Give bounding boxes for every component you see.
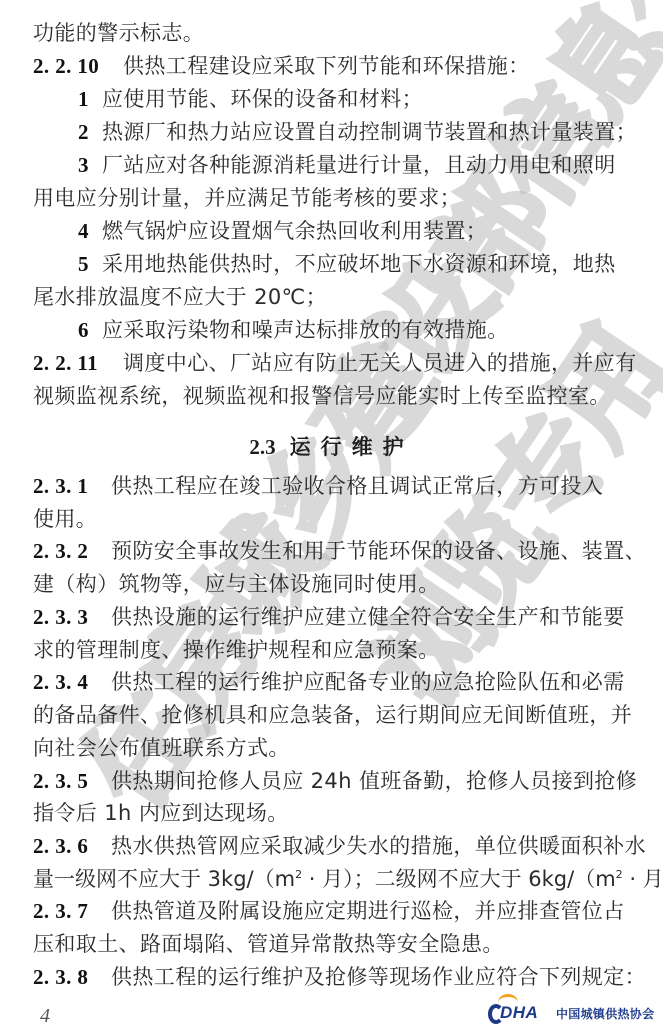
item-number: 6 — [78, 314, 102, 347]
clause-number: 2. 3. 2 — [33, 535, 111, 568]
item-number: 3 — [78, 149, 102, 182]
clause-2-3-7: 2. 3. 7供热管道及附属设施应定期进行巡检，并应排查管位占 — [33, 895, 653, 928]
item-text: 应采取污染物和噪声达标排放的有效措施。 — [102, 318, 509, 342]
section-heading: 2.3运行维护 — [0, 430, 663, 464]
clause-number: 2. 3. 5 — [33, 765, 111, 798]
text-line: 指令后 1h 内应到达现场。 — [33, 797, 653, 830]
logo-icon: DHA — [488, 1000, 550, 1026]
clause-2-3-3: 2. 3. 3供热设施的运行维护应建立健全符合安全生产和节能要 — [33, 601, 653, 634]
list-item-1: 1应使用节能、环保的设备和材料； — [78, 83, 663, 116]
item-number: 5 — [78, 248, 102, 281]
logo-mark-text: DHA — [500, 1003, 538, 1023]
list-item-5: 5采用地热能供热时，不应破坏地下水资源和环境，地热 — [78, 248, 663, 281]
clause-2-3-6: 2. 3. 6热水供热管网应采取减少失水的措施，单位供暖面积补水 — [33, 830, 653, 863]
clause-number: 2. 2. 11 — [33, 347, 123, 380]
clause-text: 供热管道及附属设施应定期进行巡检，并应排查管位占 — [111, 899, 625, 923]
clause-text: 供热工程应在竣工验收合格且调试正常后，方可投入 — [111, 474, 603, 498]
clause-2-3-1: 2. 3. 1供热工程应在竣工验收合格且调试正常后，方可投入 — [33, 470, 653, 503]
clause-number: 2. 3. 6 — [33, 830, 111, 863]
section-title: 运行维护 — [290, 435, 414, 459]
item-text: 燃气锅炉应设置烟气余热回收利用装置； — [102, 219, 487, 243]
clause-number: 2. 3. 4 — [33, 666, 111, 699]
text-line: 视频监视系统，视频监视和报警信号应能实时上传至监控室。 — [33, 380, 653, 413]
list-item-4: 4燃气锅炉应设置烟气余热回收利用装置； — [78, 215, 663, 248]
text-line-units: 量一级网不应大于 3kg/（m2 · 月）；二级网不应大于 6kg/（m2 · … — [33, 863, 653, 896]
clause-number: 2. 2. 10 — [33, 50, 123, 83]
item-text: 采用地热能供热时，不应破坏地下水资源和环境，地热 — [102, 252, 616, 276]
text-line: 尾水排放温度不应大于 20℃； — [33, 281, 653, 314]
clause-text: 供热设施的运行维护应建立健全符合安全生产和节能要 — [111, 605, 625, 629]
list-item-3: 3厂站应对各种能源消耗量进行计量，且动力用电和照明 — [78, 149, 663, 182]
list-item-2: 2热源厂和热力站应设置自动控制调节装置和热计量装置； — [78, 116, 663, 149]
text-line: 压和取土、路面塌陷、管道异常散热等安全隐患。 — [33, 928, 653, 961]
clause-text: 供热工程建设应采取下列节能和环保措施： — [123, 54, 530, 78]
chdha-logo: DHA 中国城镇供热协会 — [488, 1000, 654, 1026]
clause-2-2-10: 2. 2. 10供热工程建设应采取下列节能和环保措施： — [33, 50, 653, 83]
clause-text: 预防安全事故发生和用于节能环保的设备、设施、装置、 — [111, 539, 646, 563]
clause-text: 热水供热管网应采取减少失水的措施，单位供暖面积补水 — [111, 834, 646, 858]
clause-text: 供热期间抢修人员应 24h 值班备勤，抢修人员接到抢修 — [111, 769, 637, 793]
item-text: 热源厂和热力站应设置自动控制调节装置和热计量装置； — [102, 120, 637, 144]
list-item-6: 6应采取污染物和噪声达标排放的有效措施。 — [78, 314, 663, 347]
clause-2-3-8: 2. 3. 8供热工程的运行维护及抢修等现场作业应符合下列规定： — [33, 961, 653, 994]
item-text: 应使用节能、环保的设备和材料； — [102, 87, 423, 111]
clause-2-3-5: 2. 3. 5供热期间抢修人员应 24h 值班备勤，抢修人员接到抢修 — [33, 765, 653, 798]
document-page: 住房城乡建设部信息公开 浏览专用 功能的警示标志。 2. 2. 10供热工程建设… — [0, 0, 663, 1035]
clause-2-3-2: 2. 3. 2预防安全事故发生和用于节能环保的设备、设施、装置、 — [33, 535, 653, 568]
text-line: 建（构）筑物等，应与主体设施同时使用。 — [33, 568, 653, 601]
text-line: 用电应分别计量，并应满足节能考核的要求； — [33, 182, 653, 215]
logo-org-name: 中国城镇供热协会 — [556, 1005, 654, 1022]
item-text: 厂站应对各种能源消耗量进行计量，且动力用电和照明 — [102, 153, 616, 177]
text-line: 的备品备件、抢修机具和应急装备，运行期间应无间断值班，并 — [33, 699, 653, 732]
item-number: 4 — [78, 215, 102, 248]
item-number: 2 — [78, 116, 102, 149]
section-number: 2.3 — [249, 435, 275, 459]
text-line: 向社会公布值班联系方式。 — [33, 732, 653, 765]
clause-text: 供热工程的运行维护及抢修等现场作业应符合下列规定： — [111, 965, 646, 989]
clause-text: 供热工程的运行维护应配备专业的应急抢险队伍和必需 — [111, 670, 625, 694]
clause-number: 2. 3. 8 — [33, 961, 111, 994]
clause-text: 调度中心、厂站应有防止无关人员进入的措施，并应有 — [123, 351, 637, 375]
clause-number: 2. 3. 1 — [33, 470, 111, 503]
text-line: 使用。 — [33, 503, 653, 536]
clause-2-2-11: 2. 2. 11调度中心、厂站应有防止无关人员进入的措施，并应有 — [33, 347, 653, 380]
clause-number: 2. 3. 7 — [33, 895, 111, 928]
text-line: 求的管理制度、操作维护规程和应急预案。 — [33, 634, 653, 667]
clause-number: 2. 3. 3 — [33, 601, 111, 634]
item-number: 1 — [78, 83, 102, 116]
clause-2-3-4: 2. 3. 4供热工程的运行维护应配备专业的应急抢险队伍和必需 — [33, 666, 653, 699]
page-number: 4 — [40, 1005, 50, 1028]
text-line: 功能的警示标志。 — [33, 17, 653, 50]
